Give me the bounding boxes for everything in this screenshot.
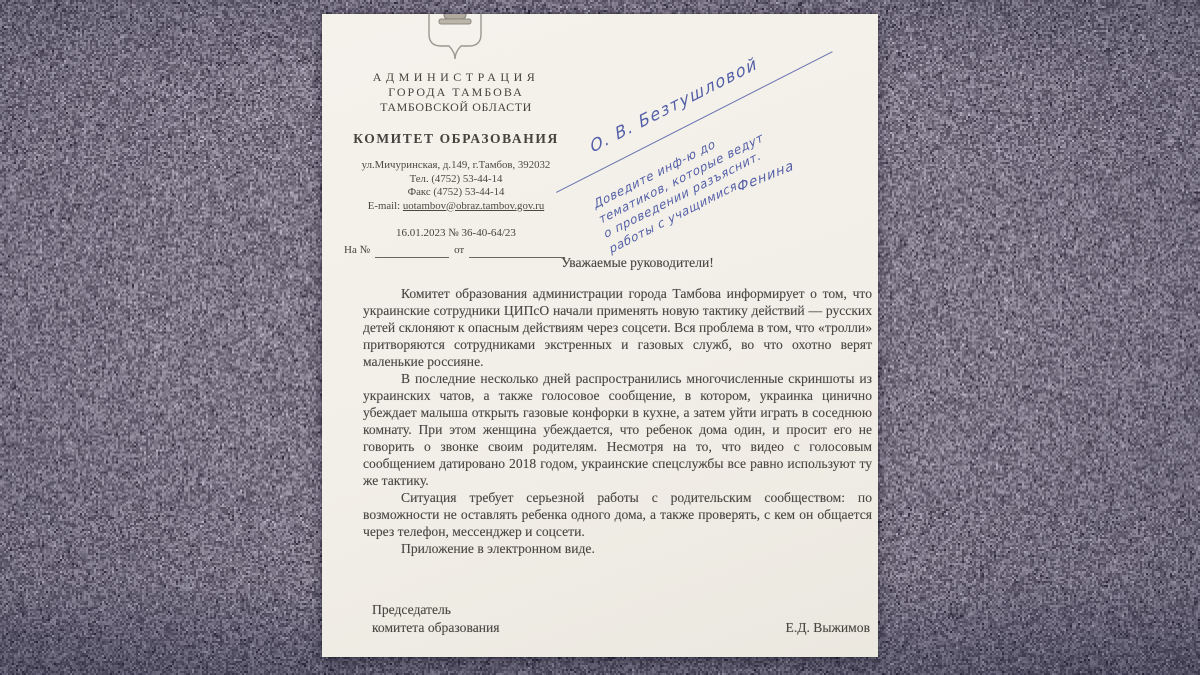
email-line: E-mail: uotambov@obraz.tambov.gov.ru (330, 200, 582, 214)
paragraph: Ситуация требует серьезной работы с роди… (363, 489, 872, 540)
department-name: КОМИТЕТ ОБРАЗОВАНИЯ (330, 131, 582, 147)
salutation: Уважаемые руководители! (403, 254, 872, 271)
fax-line: Факс (4752) 53-44-14 (330, 186, 582, 200)
letter-document: АДМИНИСТРАЦИЯ ГОРОДА ТАМБОВА ТАМБОВСКОЙ … (322, 14, 878, 657)
date-ref-number: 16.01.2023 № 36-40-64/23 (330, 226, 582, 241)
postal-address: ул.Мичуринская, д.149, г.Тамбов, 392032 (330, 159, 582, 173)
org-name-line2: ГОРОДА ТАМБОВА (330, 85, 582, 100)
letterhead: АДМИНИСТРАЦИЯ ГОРОДА ТАМБОВА ТАМБОВСКОЙ … (330, 70, 582, 258)
paragraph: В последние несколько дней распространил… (363, 370, 872, 489)
signer-title-line1: Председатель (372, 601, 500, 619)
signer-title: Председатель комитета образования (372, 601, 500, 637)
signoff-block: Председатель комитета образования Е.Д. В… (372, 601, 870, 637)
paragraph: Приложение в электронном виде. (363, 540, 872, 557)
signer-name: Е.Д. Выжимов (786, 619, 870, 637)
tambov-coat-of-arms-icon (426, 14, 484, 74)
letter-body: Уважаемые руководители! Комитет образова… (363, 254, 872, 557)
email-label: E-mail: (368, 200, 400, 212)
signer-title-line2: комитета образования (372, 619, 500, 637)
paragraph: Комитет образования администрации города… (363, 285, 872, 370)
org-name-line3: ТАМБОВСКОЙ ОБЛАСТИ (330, 100, 582, 115)
org-name-line1: АДМИНИСТРАЦИЯ (330, 70, 582, 85)
contact-block: ул.Мичуринская, д.149, г.Тамбов, 392032 … (330, 159, 582, 213)
phone-line: Тел. (4752) 53-44-14 (330, 173, 582, 187)
email-address: uotambov@obraz.tambov.gov.ru (403, 200, 544, 212)
